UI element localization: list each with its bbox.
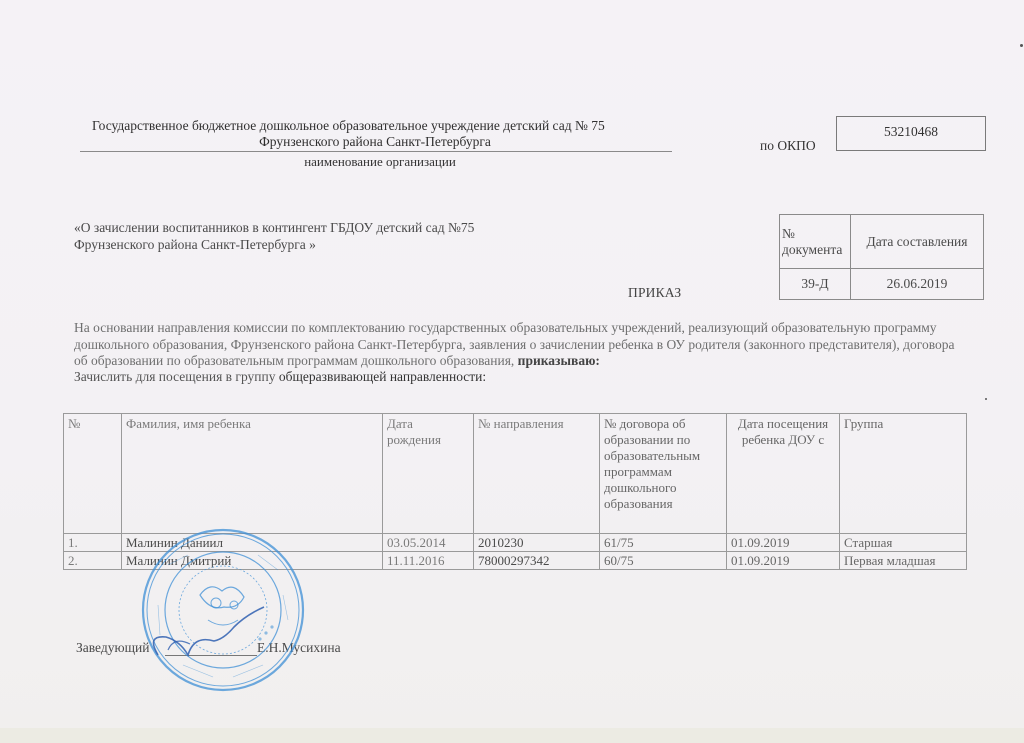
order-title-line2: Фрунзенского района Санкт-Петербурга » xyxy=(74,236,534,253)
basis-paragraph: На основании направления комиссии по ком… xyxy=(74,320,964,370)
scan-speck xyxy=(985,398,987,400)
basis-bold: приказываю: xyxy=(518,353,600,368)
header-number: № xyxy=(64,414,122,534)
scan-speck xyxy=(1020,44,1023,47)
organization-name-line1: Государственное бюджетное дошкольное обр… xyxy=(92,118,662,134)
cell-referral-number: 78000297342 xyxy=(474,552,600,570)
cell-birth-date: 11.11.2016 xyxy=(383,552,474,570)
cell-attendance-date: 01.09.2019 xyxy=(727,534,840,552)
scan-bottom-edge xyxy=(0,728,1024,743)
doc-date-header: Дата составления xyxy=(851,215,984,269)
cell-contract-number: 60/75 xyxy=(600,552,727,570)
order-title: «О зачислении воспитанников в контингент… xyxy=(74,219,534,253)
organization-name-line2: Фрунзенского района Санкт-Петербурга xyxy=(80,134,670,150)
cell-group: Первая младшая xyxy=(840,552,967,570)
table-header-row: № Фамилия, имя ребенка Дата рождения № н… xyxy=(64,414,967,534)
official-stamp-icon xyxy=(138,525,308,695)
header-group: Группа xyxy=(840,414,967,534)
okpo-code-box: 53210468 xyxy=(836,116,986,151)
cell-number: 2. xyxy=(64,552,122,570)
document-number-table: № документа Дата составления 39-Д 26.06.… xyxy=(779,214,984,300)
order-heading: ПРИКАЗ xyxy=(628,285,681,301)
doc-number-header: № документа xyxy=(780,215,851,269)
header-contract-number: № договора об образовании по образовател… xyxy=(600,414,727,534)
cell-number: 1. xyxy=(64,534,122,552)
cell-attendance-date: 01.09.2019 xyxy=(727,552,840,570)
okpo-label: по ОКПО xyxy=(760,138,816,154)
order-title-line1: «О зачислении воспитанников в контингент… xyxy=(74,219,534,236)
organization-caption: наименование организации xyxy=(80,154,680,170)
basis-text: На основании направления комиссии по ком… xyxy=(74,320,955,368)
doc-number-value: 39-Д xyxy=(780,269,851,300)
header-referral-number: № направления xyxy=(474,414,600,534)
document-page: Государственное бюджетное дошкольное обр… xyxy=(0,0,1024,743)
cell-contract-number: 61/75 xyxy=(600,534,727,552)
header-attendance-date: Дата посещения ребенка ДОУ с xyxy=(727,414,840,534)
cell-referral-number: 2010230 xyxy=(474,534,600,552)
enroll-prefix: Зачислить для посещения в группу xyxy=(74,369,276,384)
doc-date-value: 26.06.2019 xyxy=(851,269,984,300)
cell-birth-date: 03.05.2014 xyxy=(383,534,474,552)
cell-group: Старшая xyxy=(840,534,967,552)
header-birth-date: Дата рождения xyxy=(383,414,474,534)
enroll-suffix: общеразвивающей направленности: xyxy=(279,369,486,384)
organization-underline xyxy=(80,151,672,152)
enroll-line: Зачислить для посещения в группу общераз… xyxy=(74,369,486,385)
header-child-name: Фамилия, имя ребенка xyxy=(122,414,383,534)
